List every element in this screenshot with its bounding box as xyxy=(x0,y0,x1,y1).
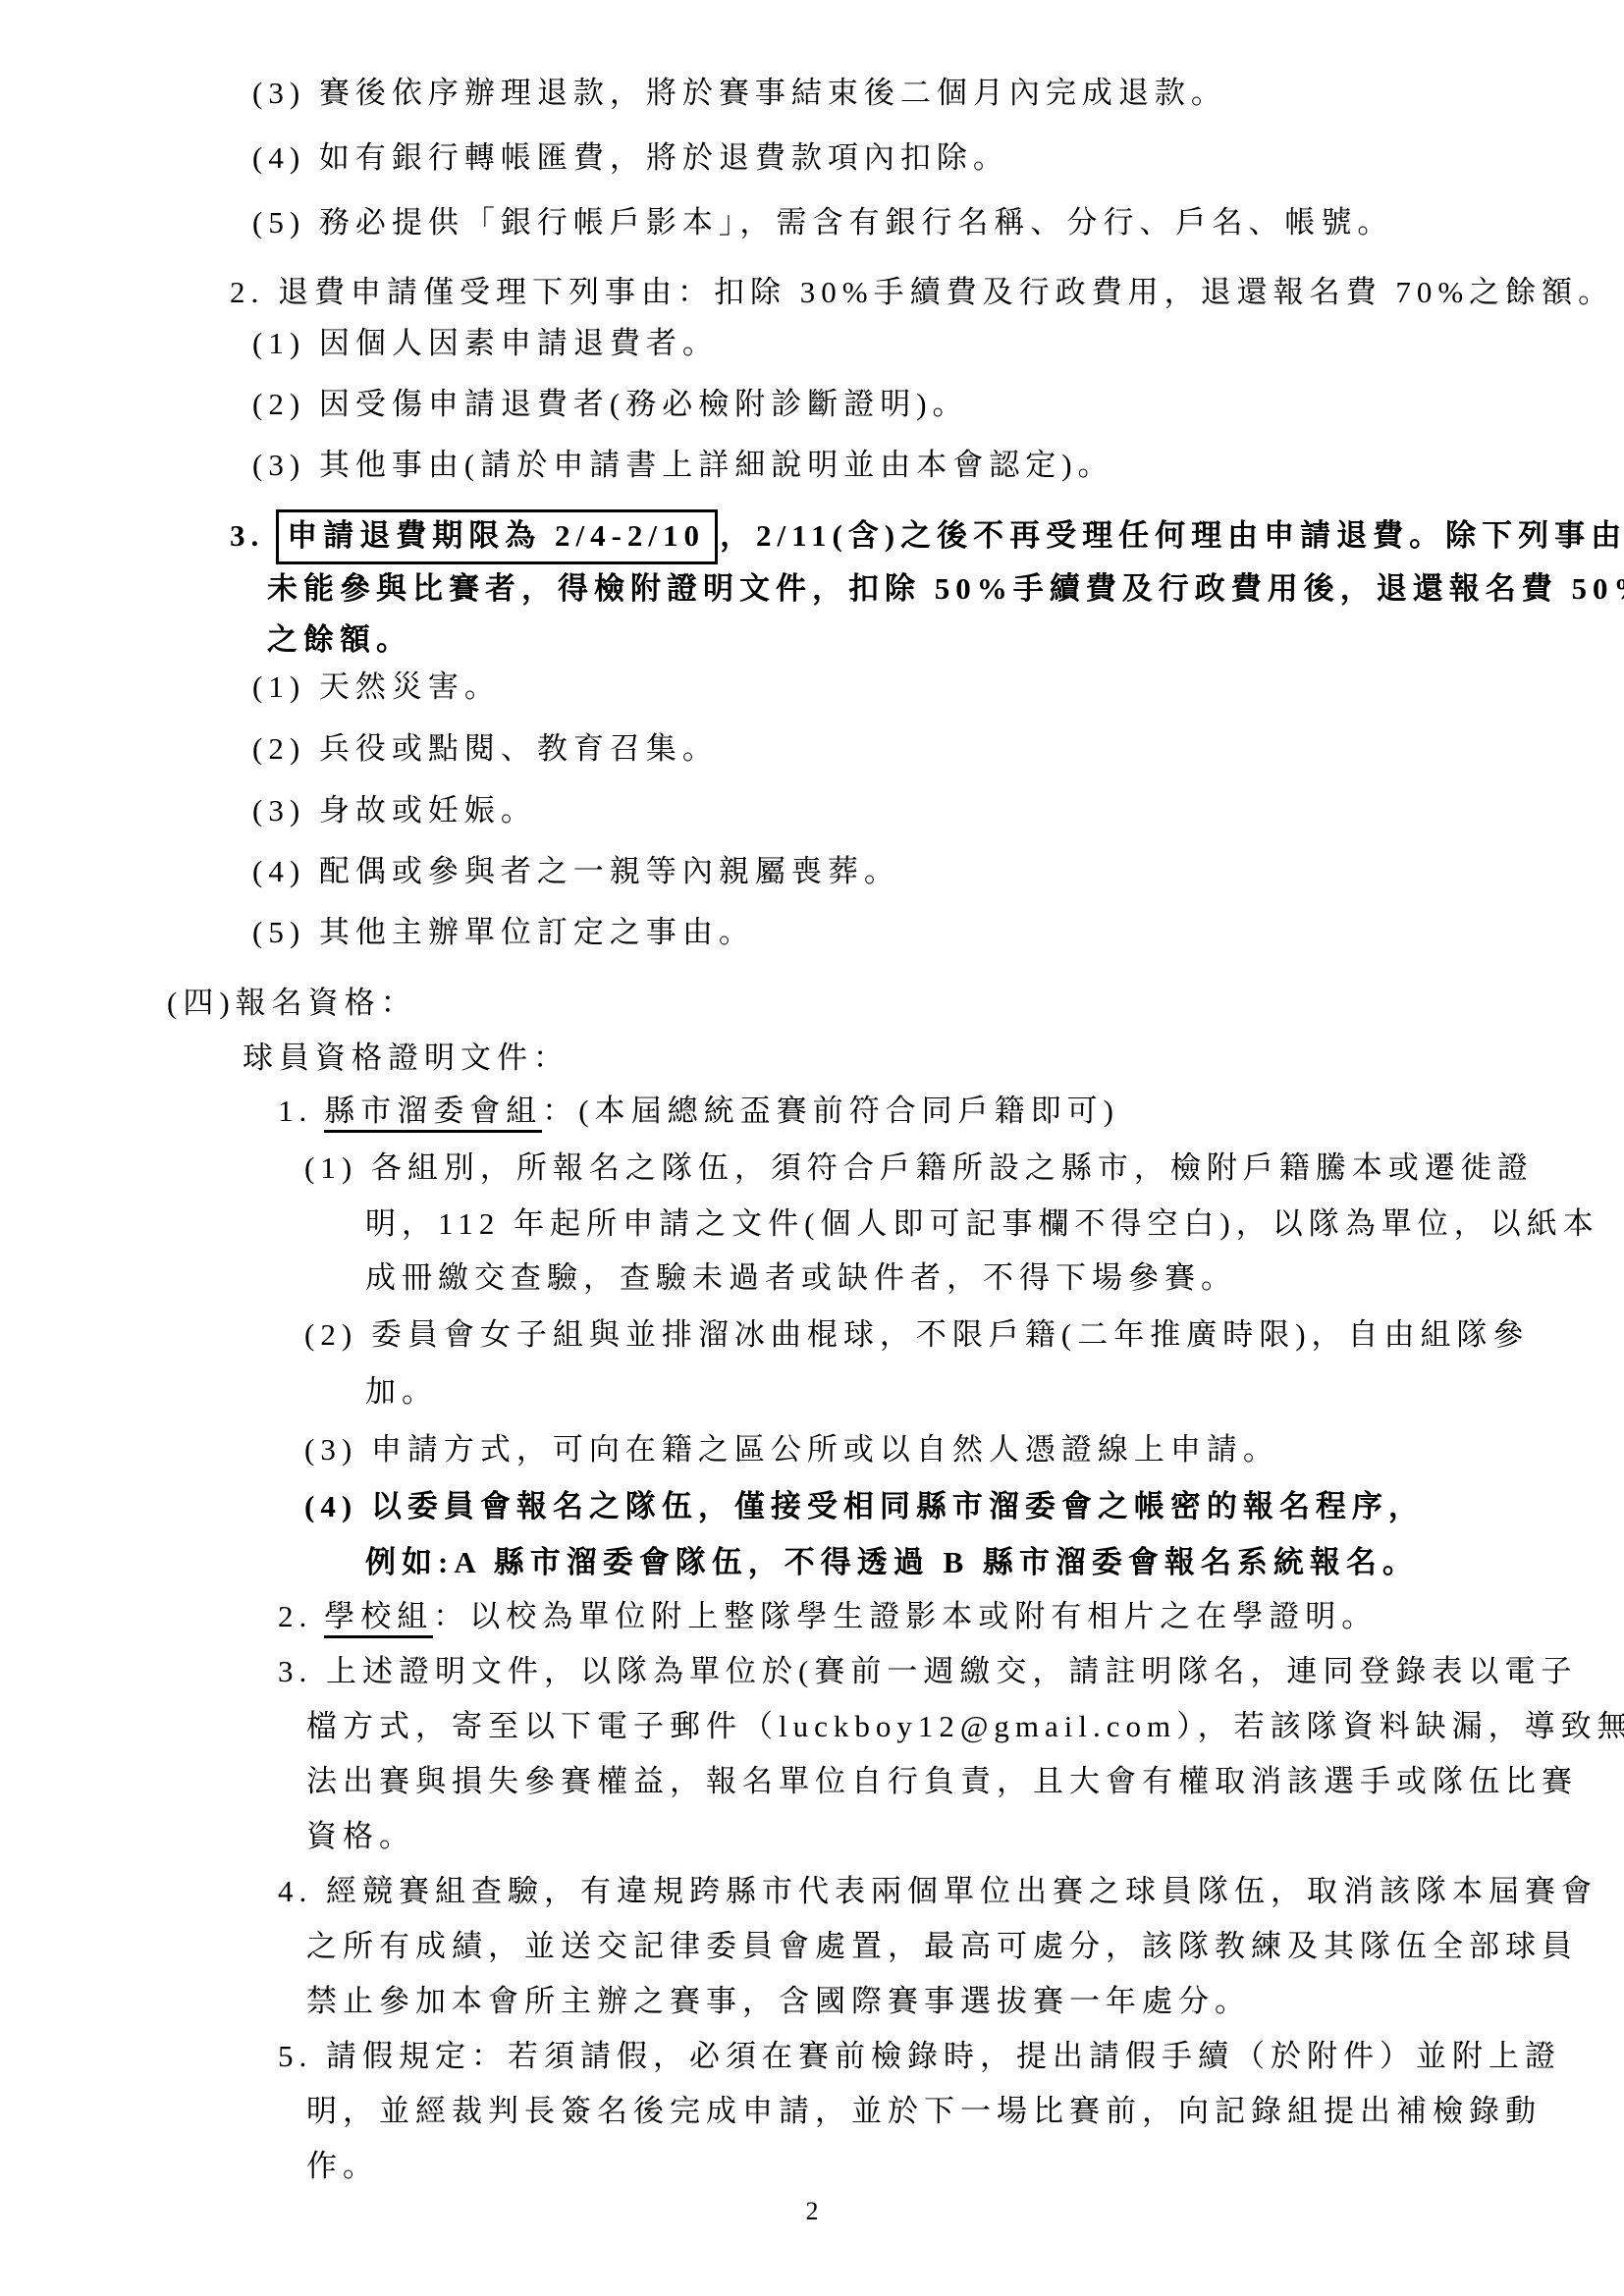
refund-reason-item-2: (2) 因受傷申請退費者(務必檢附診斷證明)。 xyxy=(252,383,969,426)
eligibility-item-4-line-2: 之所有成績，並送交記律委員會處置，最高可處分，該隊教練及其隊伍全部球員 xyxy=(306,1925,1578,1968)
refund-deadline-line-2: 未能參與比賽者，得檢附證明文件，扣除 50%手續費及行政費用後，退還報名費 50… xyxy=(267,567,1624,611)
refund-reason-item-3: (3) 其他事由(請於申請書上詳細說明並由本會認定)。 xyxy=(252,444,1114,487)
eligibility-item-2-underlined: 學校組 xyxy=(324,1599,433,1638)
eligibility-item-3-line-3: 法出賽與損失參賽權益，報名單位自行負責，且大會有權取消該選手或隊伍比賽 xyxy=(306,1760,1578,1803)
eligibility-item-1-number: 1. xyxy=(278,1094,312,1128)
eligibility-item-2-number: 2. xyxy=(278,1599,312,1633)
eligibility-item-3-line-4: 資格。 xyxy=(306,1815,415,1858)
refund-procedure-item-3: (3) 賽後依序辦理退款，將於賽事結束後二個月內完成退款。 xyxy=(252,72,1227,115)
refund-deadline-line-3: 之餘額。 xyxy=(267,618,412,662)
eligibility-item-1-sub-2-line-1: (2) 委員會女子組與並排溜冰曲棍球，不限戶籍(二年推廣時限)，自由組隊參 xyxy=(304,1313,1530,1357)
eligibility-item-1-rest: ：(本屆總統盃賽前符合同戶籍即可) xyxy=(542,1094,1119,1128)
document-page: (3) 賽後依序辦理退款，將於賽事結束後二個月內完成退款。 (4) 如有銀行轉帳… xyxy=(0,0,1624,2296)
deadline-exception-item-3: (3) 身故或妊娠。 xyxy=(252,789,537,832)
eligibility-item-1-sub-1-line-3: 成冊繳交查驗，查驗未過者或缺件者，不得下場參賽。 xyxy=(365,1256,1237,1300)
refund-deadline-line-1: 3.申請退費期限為 2/4-2/10，2/11(含)之後不再受理任何理由申請退費… xyxy=(230,509,1624,564)
eligibility-item-5-line-2: 明，並經裁判長簽名後完成申請，並於下一場比賽前，向記錄組提出補檢錄動 xyxy=(306,2090,1542,2133)
deadline-exception-item-1: (1) 天然災害。 xyxy=(252,666,501,709)
deadline-exception-item-4: (4) 配偶或參與者之一親等內親屬喪葬。 xyxy=(252,850,900,893)
eligibility-section-heading: (四)報名資格： xyxy=(167,982,417,1025)
page-number: 2 xyxy=(0,2197,1624,2226)
eligibility-item-4-line-1: 4. 經競賽組查驗，有違規跨縣市代表兩個單位出賽之球員隊伍，取消該隊本屆賽會 xyxy=(278,1870,1597,1913)
refund-reason-item-1: (1) 因個人因素申請退費者。 xyxy=(252,322,719,365)
eligibility-item-3-line-2: 檔方式，寄至以下電子郵件（luckboy12@gmail.com），若該隊資料缺… xyxy=(306,1705,1624,1748)
refund-deadline-number: 3. xyxy=(230,518,264,553)
eligibility-item-1-sub-3: (3) 申請方式，可向在籍之區公所或以自然人憑證線上申請。 xyxy=(304,1428,1279,1471)
eligibility-item-1-title: 1.縣市溜委會組：(本屆總統盃賽前符合同戶籍即可) xyxy=(278,1090,1119,1133)
eligibility-item-1-sub-4-line-2: 例如:A 縣市溜委會隊伍，不得透過 B 縣市溜委會報名系統報名。 xyxy=(365,1541,1419,1584)
refund-deadline-boxed-period: 申請退費期限為 2/4-2/10 xyxy=(276,509,718,564)
deadline-exception-item-5: (5) 其他主辦單位訂定之事由。 xyxy=(252,911,755,954)
eligibility-item-3-line-1: 3. 上述證明文件，以隊為單位於(賽前一週繳交，請註明隊名，連同登錄表以電子 xyxy=(278,1650,1577,1693)
deadline-exception-item-2: (2) 兵役或點閱、教育召集。 xyxy=(252,727,719,771)
eligibility-item-1-sub-4-line-1: (4) 以委員會報名之隊伍，僅接受相同縣市溜委會之帳密的報名程序， xyxy=(304,1485,1425,1528)
eligibility-item-1-sub-1-line-1: (1) 各組別，所報名之隊伍，須符合戶籍所設之縣市，檢附戶籍騰本或遷徙證 xyxy=(304,1147,1534,1190)
eligibility-item-4-line-3: 禁止參加本會所主辦之賽事，含國際賽事選拔賽一年處分。 xyxy=(306,1980,1251,2023)
refund-procedure-item-5: (5) 務必提供「銀行帳戶影本」，需含有銀行名稱、分行、戶名、帳號。 xyxy=(252,201,1393,244)
refund-reasons-title: 2. 退費申請僅受理下列事由：扣除 30%手續費及行政費用，退還報名費 70%之… xyxy=(230,271,1614,314)
eligibility-item-1-sub-1-line-2: 明，112 年起所申請之文件(個人即可記事欄不得空白)，以隊為單位，以紙本 xyxy=(365,1202,1599,1246)
eligibility-item-5-line-3: 作。 xyxy=(306,2145,379,2188)
eligibility-subheading: 球員資格證明文件： xyxy=(243,1037,569,1080)
eligibility-item-2-title: 2.學校組：以校為單位附上整隊學生證影本或附有相片之在學證明。 xyxy=(278,1595,1378,1638)
eligibility-item-1-underlined: 縣市溜委會組 xyxy=(324,1094,542,1133)
refund-deadline-after-box: ，2/11(含)之後不再受理任何理由申請退費。除下列事由 xyxy=(720,518,1624,553)
eligibility-item-5-line-1: 5. 請假規定：若須請假，必須在賽前檢錄時，提出請假手續（於附件）並附上證 xyxy=(278,2035,1561,2078)
refund-procedure-item-4: (4) 如有銀行轉帳匯費，將於退費款項內扣除。 xyxy=(252,136,1009,180)
eligibility-item-1-sub-2-line-2: 加。 xyxy=(365,1370,438,1414)
eligibility-item-2-rest: ：以校為單位附上整隊學生證影本或附有相片之在學證明。 xyxy=(433,1599,1378,1633)
